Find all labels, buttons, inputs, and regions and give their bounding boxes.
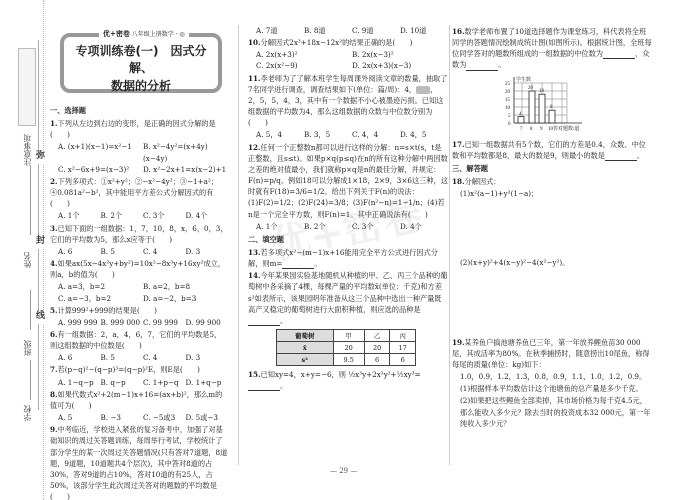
answer-space[interactable] (452, 270, 652, 336)
question-13: 13.若多项式x²−(m−1)x+16能用完全平方公式进行因式分解，则m=。 (248, 247, 448, 269)
q9-options: A. 7道B. 8道C. 9道D. 10道 (248, 25, 448, 36)
name-line (30, 165, 31, 235)
svg-text:15: 15 (505, 98, 511, 103)
class-label: 班级 (22, 340, 34, 356)
question-9: 9.中考临近，学校进入紧张的复习备考中，加强了对基础知识的周过关答题训练，每周举… (50, 424, 228, 500)
svg-text:10: 10 (505, 106, 511, 111)
question-17: 17.已知一组数据共有5个数，它们的方差是0.4，众数、中位数和平均数都是8，最… (452, 139, 652, 161)
question-7: 7.若(p−q)²−(q−p)³=(q−p)²E，则E是( ) (50, 364, 228, 375)
svg-text:7: 7 (520, 127, 523, 132)
q2-options: A. 1个B. 2个C. 3个D. 4个 (50, 210, 228, 221)
question-16: 16.数学老师布置了10道选择题作为课堂练习，科代表将全班同学的答题情况绘制成统… (452, 26, 652, 71)
question-10: 10.分解因式2x³+18x−12x²的结果正确的是( ) (248, 37, 448, 48)
table-header: 甲 (333, 330, 364, 342)
school-line (30, 360, 31, 400)
notice-label: 注意事项 (22, 134, 34, 166)
column-1: 优+密卷 八年级上册数学 · ◎ 专项训练卷(一) 因式分解、 数据的分析 一、… (50, 25, 228, 500)
q10-options: A. 2x(x+3)²B. 2x(x−3)²C. 2x(x²−9)D. 2x(x… (248, 49, 448, 71)
q3-options: A. 6B. 5C. 4D. 3 (50, 246, 228, 257)
q18-part-2: (2)(x+y)²+4(x−y)²−4(x²−y²)。 (452, 257, 652, 268)
section-fill: 二、填空题 (248, 234, 448, 245)
question-14: 14.今年某果园实验基地随机从种植的甲、乙、丙三个品种的葡萄树中各采摘了4棵，每… (248, 270, 448, 326)
answer-blank[interactable] (605, 153, 637, 161)
q18-part-1: (1)x²(a−1)+y²(1−a)； (452, 188, 652, 199)
svg-text:25: 25 (505, 82, 511, 87)
svg-text:8: 8 (530, 127, 533, 132)
question-12: 12.任何一个正整数n都可以进行这样的分解：n=s×t(s，t是正整数，且s≤t… (248, 142, 448, 220)
q6-options: A. 6B. 5C. 4D. 3 (50, 352, 228, 363)
q11-options: A. 5，4B. 3，5C. 4，4D. 4，5 (248, 129, 448, 140)
page-title: 专项训练卷(一) 因式分解、 数据的分析 (64, 37, 218, 95)
ink-smudge (416, 86, 430, 94)
q4-options: A. a=3，b=2B. a=2，b=8C. a=−3，b=2D. a=−2，b… (50, 281, 228, 303)
question-19: 19.某养鱼户搞池塘养鱼已三年，第一年放养鲤鱼苗30 000尾，其成活率为80%… (452, 337, 652, 370)
answer-space[interactable] (452, 200, 652, 256)
table-header: 葡萄树 (277, 330, 334, 342)
seal-char-1: 弥 (36, 150, 45, 164)
q1-options: A. (x+1)(x−1)=x²−1B. x²−4y²=(x+4y)(x−4y)… (50, 141, 228, 174)
q8-options: A. 5B. −3C. −5或3D. 5或−3 (50, 412, 228, 423)
page-number: — 29 — (330, 466, 357, 477)
bar-chart: 学生数 2520151050 420188 78910答对题数/道 (502, 75, 612, 137)
answer-blank[interactable] (282, 261, 314, 269)
title-box: 优+密卷 八年级上册数学 · ◎ 专项训练卷(一) 因式分解、 数据的分析 (60, 33, 222, 93)
question-2: 2.下列多项式：①x²+y²；②−x²−4y²；③−1+a²；④0.081a²−… (50, 176, 228, 209)
question-11: 11.李老师为了了解本班学生每周课外阅读文章的数量，抽取了7名同学进行调查，调查… (248, 73, 448, 129)
column-divider-2 (449, 25, 450, 465)
chart-svg: 学生数 2520151050 420188 78910答对题数/道 (502, 75, 612, 137)
column-2: A. 7道B. 8道C. 9道D. 10道 10.分解因式2x³+18x−12x… (248, 25, 448, 392)
svg-text:10答对题数/道: 10答对题数/道 (548, 125, 579, 132)
q19-part-2: (2)如果把这些鲤鱼全部卖掉，其市场价格为每千克4.5元，那么能收入多少元？除去… (452, 395, 652, 428)
svg-text:20: 20 (528, 86, 534, 91)
answer-blank[interactable] (603, 51, 635, 59)
seal-char-2: 封 (36, 235, 45, 249)
q19-part-1: (1)根据样本平均数估计这个池塘鱼的总产量是多少千克。 (452, 383, 652, 394)
table-header: 乙 (364, 330, 390, 342)
answer-blank[interactable] (248, 383, 280, 391)
question-8: 8.如果代数式x²+2(m−1)x+16=(ax+b)²，那么m的值可为( ) (50, 389, 228, 411)
q12-options: A. 1个B. 2个C. 3个D. 4个 (248, 221, 448, 232)
column-divider-1 (238, 25, 239, 465)
svg-text:9: 9 (540, 127, 543, 132)
section-answer: 三、解答题 (452, 163, 652, 174)
section-choice: 一、选择题 (50, 105, 228, 116)
question-18: 18.分解因式： (452, 176, 652, 187)
question-1: 1.下列从左边到右边的变形，是正确的因式分解的是( ) (50, 118, 228, 140)
notice-box (18, 48, 36, 126)
table-row: x̄202017 (277, 342, 416, 354)
binding-line (38, 40, 39, 410)
question-5: 5.计算999²+999的结果是( ) (50, 305, 228, 316)
school-label: 学校 (22, 405, 34, 421)
question-15: 15.已知xy=4，x+y=−6，则 ½x³y+2x²y²+½xy³=。 (248, 369, 448, 391)
question-4: 4.如果ax(5x−4x²y+by²)=10x²−8x³y+16xy²成立，则a… (50, 258, 228, 280)
svg-text:学生数: 学生数 (516, 76, 531, 83)
binding-margin: 注意事项 姓名 班级 学校 弥 封 线 (0, 0, 44, 500)
class-line (30, 290, 31, 330)
brand-header: 优+密卷 八年级上册数学 · ◎ (99, 29, 189, 40)
answer-blank[interactable] (466, 63, 498, 71)
seal-dotted-line (43, 0, 44, 500)
svg-text:8: 8 (550, 105, 553, 110)
seal-char-3: 线 (36, 310, 45, 324)
q19-data: 1.0，0.9，1.2，1.3，0.8，0.9，1.1，1.0，1.2，0.9。 (452, 371, 652, 382)
svg-text:0: 0 (508, 122, 511, 127)
svg-text:18: 18 (539, 89, 545, 94)
question-6: 6.有一组数据：2，a，4，6，7，它们的平均数是5，则这组数据的中位数是( ) (50, 329, 228, 351)
table-header: 丙 (390, 330, 416, 342)
name-label: 姓名 (22, 252, 34, 268)
grape-table: 葡萄树甲乙丙 x̄202017 s²9.566 (276, 329, 416, 366)
column-3: 16.数学老师布置了10道选择题作为课堂练习，科代表将全班同学的答题情况绘制成统… (452, 25, 652, 430)
q7-options: A. 1−q−pB. q−pC. 1+p−qD. 1+q−p (50, 377, 228, 388)
answer-blank[interactable] (248, 318, 280, 326)
svg-text:20: 20 (505, 90, 511, 95)
question-3: 3.已知下面的一组数据：1，7，10，8，x，6，0，3，它们的平均数为5，那么… (50, 223, 228, 245)
q5-options: A. 999 999B. 999 000C. 99 999D. 99 900 (50, 317, 228, 328)
svg-text:5: 5 (508, 114, 511, 119)
table-row: s²9.566 (277, 354, 416, 366)
